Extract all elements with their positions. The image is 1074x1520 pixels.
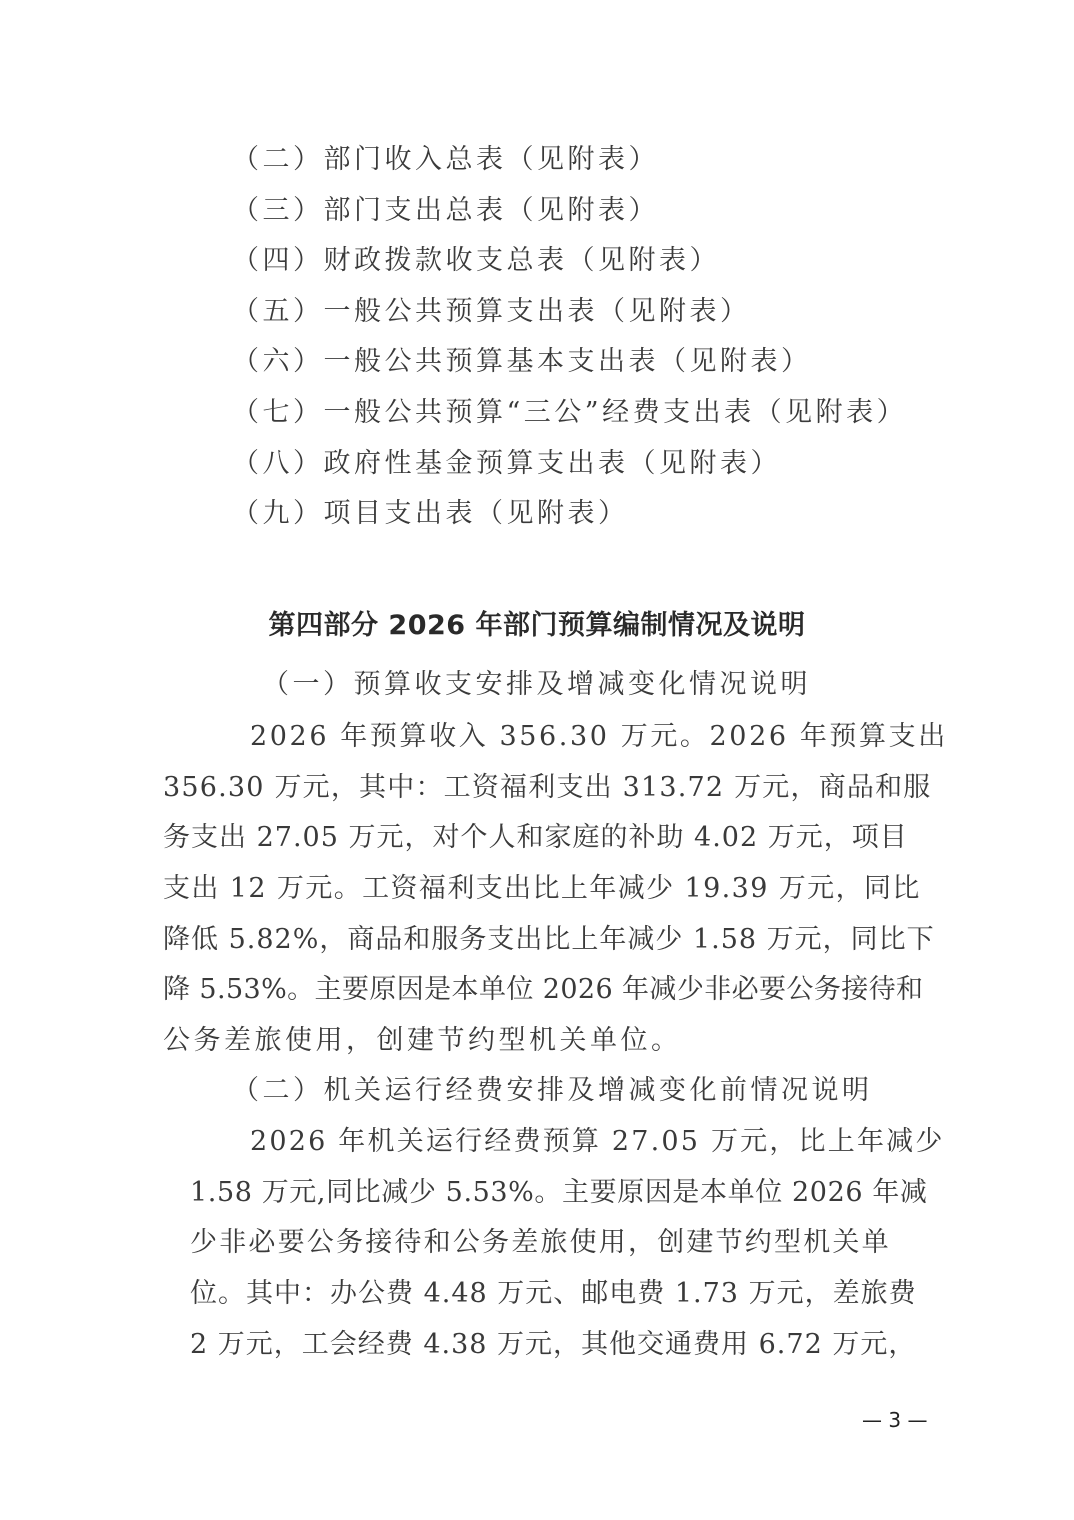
subsection-heading: （一）预算收支安排及增减变化情况说明 xyxy=(262,667,811,703)
paragraph-line: 2 万元，工会经费 4.38 万元，其他交通费用 6.72 万元， xyxy=(190,1327,916,1363)
paragraph-line: 公务差旅使用，创建节约型机关单位。 xyxy=(163,1023,682,1059)
paragraph-line: 务支出 27.05 万元，对个人和家庭的补助 4.02 万元，项目 xyxy=(163,820,908,856)
appendix-item: （九）项目支出表（见附表） xyxy=(232,496,629,532)
subsection-heading: （二）机关运行经费安排及增减变化前情况说明 xyxy=(232,1073,873,1109)
appendix-item: （四）财政拨款收支总表（见附表） xyxy=(232,243,720,279)
appendix-item: （六）一般公共预算基本支出表（见附表） xyxy=(232,344,812,380)
appendix-item: （八）政府性基金预算支出表（见附表） xyxy=(232,446,781,482)
page-number: — 3 — xyxy=(862,1408,927,1432)
appendix-item: （三）部门支出总表（见附表） xyxy=(232,193,659,229)
paragraph-line: 少非必要公务接待和公务差旅使用，创建节约型机关单 xyxy=(190,1225,891,1261)
paragraph-line: 支出 12 万元。工资福利支出比上年减少 19.39 万元，同比 xyxy=(163,871,921,907)
section-title: 第四部分 2026 年部门预算编制情况及说明 xyxy=(0,606,1074,646)
appendix-item: （二）部门收入总表（见附表） xyxy=(232,142,659,178)
paragraph-line: 2026 年机关运行经费预算 27.05 万元，比上年减少 xyxy=(250,1124,945,1160)
paragraph-line: 1.58 万元,同比减少 5.53%。主要原因是本单位 2026 年减 xyxy=(190,1175,928,1211)
paragraph-line: 356.30 万元，其中：工资福利支出 313.72 万元，商品和服 xyxy=(163,770,932,806)
paragraph-line: 降 5.53%。主要原因是本单位 2026 年减少非必要公务接待和 xyxy=(163,972,923,1008)
paragraph-line: 位。其中：办公费 4.48 万元、邮电费 1.73 万元，差旅费 xyxy=(190,1276,917,1312)
appendix-item: （七）一般公共预算“三公”经费支出表（见附表） xyxy=(232,395,907,431)
appendix-item: （五）一般公共预算支出表（见附表） xyxy=(232,294,751,330)
document-page: （二）部门收入总表（见附表） （三）部门支出总表（见附表） （四）财政拨款收支总… xyxy=(0,0,1074,1520)
paragraph-line: 降低 5.82%，商品和服务支出比上年减少 1.58 万元，同比下 xyxy=(163,922,935,958)
paragraph-line: 2026 年预算收入 356.30 万元。2026 年预算支出 xyxy=(250,719,948,755)
